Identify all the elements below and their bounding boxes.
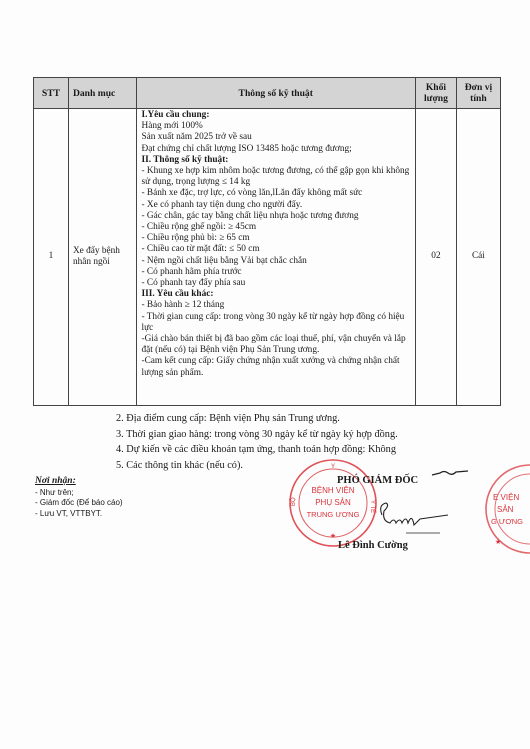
spec-line: - Bảo hành ≥ 12 tháng bbox=[142, 300, 412, 311]
row-quantity: 02 bbox=[416, 109, 457, 406]
header-category: Danh mục bbox=[68, 78, 136, 109]
partial-stamp-icon: E VIỆN SẢN G ƯƠNG ★ bbox=[483, 462, 530, 556]
recipients-block: Nơi nhận: - Như trên; - Giám đốc (Để báo… bbox=[35, 476, 123, 519]
svg-text:PHỤ SẢN: PHỤ SẢN bbox=[315, 498, 351, 507]
svg-text:SẢN: SẢN bbox=[497, 505, 514, 514]
hospital-stamp-icon: Y BỘ Y TẾ BỆNH VIỆN PHỤ SẢN TRUNG ƯƠNG ★ bbox=[288, 458, 378, 548]
row-stt: 1 bbox=[34, 109, 69, 406]
recipient-item: - Giám đốc (Để báo cáo) bbox=[35, 498, 123, 509]
signature-flourish-icon bbox=[430, 467, 470, 479]
recipient-item: - Như trên; bbox=[35, 488, 123, 499]
svg-text:★: ★ bbox=[495, 538, 501, 546]
term-item: 2. Địa điểm cung cấp: Bệnh viện Phụ sản … bbox=[116, 411, 398, 427]
spec-line: - Có phanh tay đẩy phía sau bbox=[142, 278, 412, 289]
spec-line: Sản xuất năm 2025 trở về sau bbox=[142, 132, 412, 143]
spec-line: - Nệm ngồi chất liệu bằng Vải bạt chắc c… bbox=[142, 256, 412, 267]
spec-line: - Chiều rộng phủ bì: ≥ 65 cm bbox=[142, 233, 412, 244]
spec-line: - Có phanh hãm phía trước bbox=[142, 267, 412, 278]
svg-text:Y: Y bbox=[331, 464, 335, 470]
spec-line: - Khung xe hợp kim nhôm hoặc tương đương… bbox=[142, 166, 412, 188]
svg-text:TRUNG ƯƠNG: TRUNG ƯƠNG bbox=[307, 510, 360, 519]
specification-table: STT Danh mục Thông số kỹ thuật Khối lượn… bbox=[33, 77, 501, 406]
spec-line: -Giá chào bán thiết bị đã bao gồm các lo… bbox=[142, 334, 412, 356]
spec-line: -Cam kết cung cấp: Giấy chứng nhận xuất … bbox=[142, 356, 412, 378]
spec-section-heading: I.Yêu cầu chung: bbox=[142, 110, 412, 121]
recipient-item: - Lưu VT, VTTBYT. bbox=[35, 509, 123, 520]
svg-text:BỘ: BỘ bbox=[290, 497, 297, 506]
term-item: 4. Dự kiến về các điều khoản tạm ứng, th… bbox=[116, 442, 398, 458]
table-header-row: STT Danh mục Thông số kỹ thuật Khối lượn… bbox=[34, 78, 501, 109]
spec-line: - Chiều rộng ghế ngồi: ≥ 45cm bbox=[142, 222, 412, 233]
spec-line: Đạt chứng chỉ chất lượng ISO 13485 hoặc … bbox=[142, 144, 412, 155]
row-unit: Cái bbox=[456, 109, 500, 406]
svg-text:E VIỆN: E VIỆN bbox=[493, 493, 519, 502]
signer-name: Lê Đình Cường bbox=[338, 540, 408, 551]
svg-text:Y TẾ: Y TẾ bbox=[369, 500, 376, 513]
table-row: 1 Xe đẩy bệnh nhân ngồi I.Yêu cầu chung:… bbox=[34, 109, 501, 406]
header-unit: Đơn vị tính bbox=[456, 78, 500, 109]
spec-line: - Thời gian cung cấp: trong vòng 30 ngày… bbox=[142, 312, 412, 334]
row-category: Xe đẩy bệnh nhân ngồi bbox=[68, 109, 136, 406]
spec-section-heading: III. Yêu cầu khác: bbox=[142, 289, 412, 300]
signature-icon bbox=[376, 497, 456, 537]
signer-title: PHÓ GIÁM ĐỐC bbox=[337, 475, 418, 486]
spec-section-heading: II. Thông số kỹ thuật: bbox=[142, 155, 412, 166]
term-item: 3. Thời gian giao hàng: trong vòng 30 ng… bbox=[116, 427, 398, 443]
header-quantity: Khối lượng bbox=[416, 78, 457, 109]
spec-line: - Bánh xe đặc, trợ lực, có vòng lăn,lLăn… bbox=[142, 188, 412, 199]
svg-text:★: ★ bbox=[330, 532, 336, 540]
row-specs: I.Yêu cầu chung:Hàng mới 100%Sản xuất nă… bbox=[136, 109, 416, 406]
spec-line: - Xe có phanh tay tiện dung cho người đẩ… bbox=[142, 200, 412, 211]
svg-text:BỆNH VIỆN: BỆNH VIỆN bbox=[311, 486, 354, 495]
header-stt: STT bbox=[34, 78, 69, 109]
spec-line: - Chiều cao từ mặt đất: ≤ 50 cm bbox=[142, 244, 412, 255]
recipients-title: Nơi nhận: bbox=[35, 476, 123, 487]
spec-line: Hàng mới 100% bbox=[142, 121, 412, 132]
spec-line: - Gác chân, gác tay bằng chất liệu nhựa … bbox=[142, 211, 412, 222]
header-specs: Thông số kỹ thuật bbox=[136, 78, 416, 109]
svg-text:G ƯƠNG: G ƯƠNG bbox=[491, 517, 523, 526]
